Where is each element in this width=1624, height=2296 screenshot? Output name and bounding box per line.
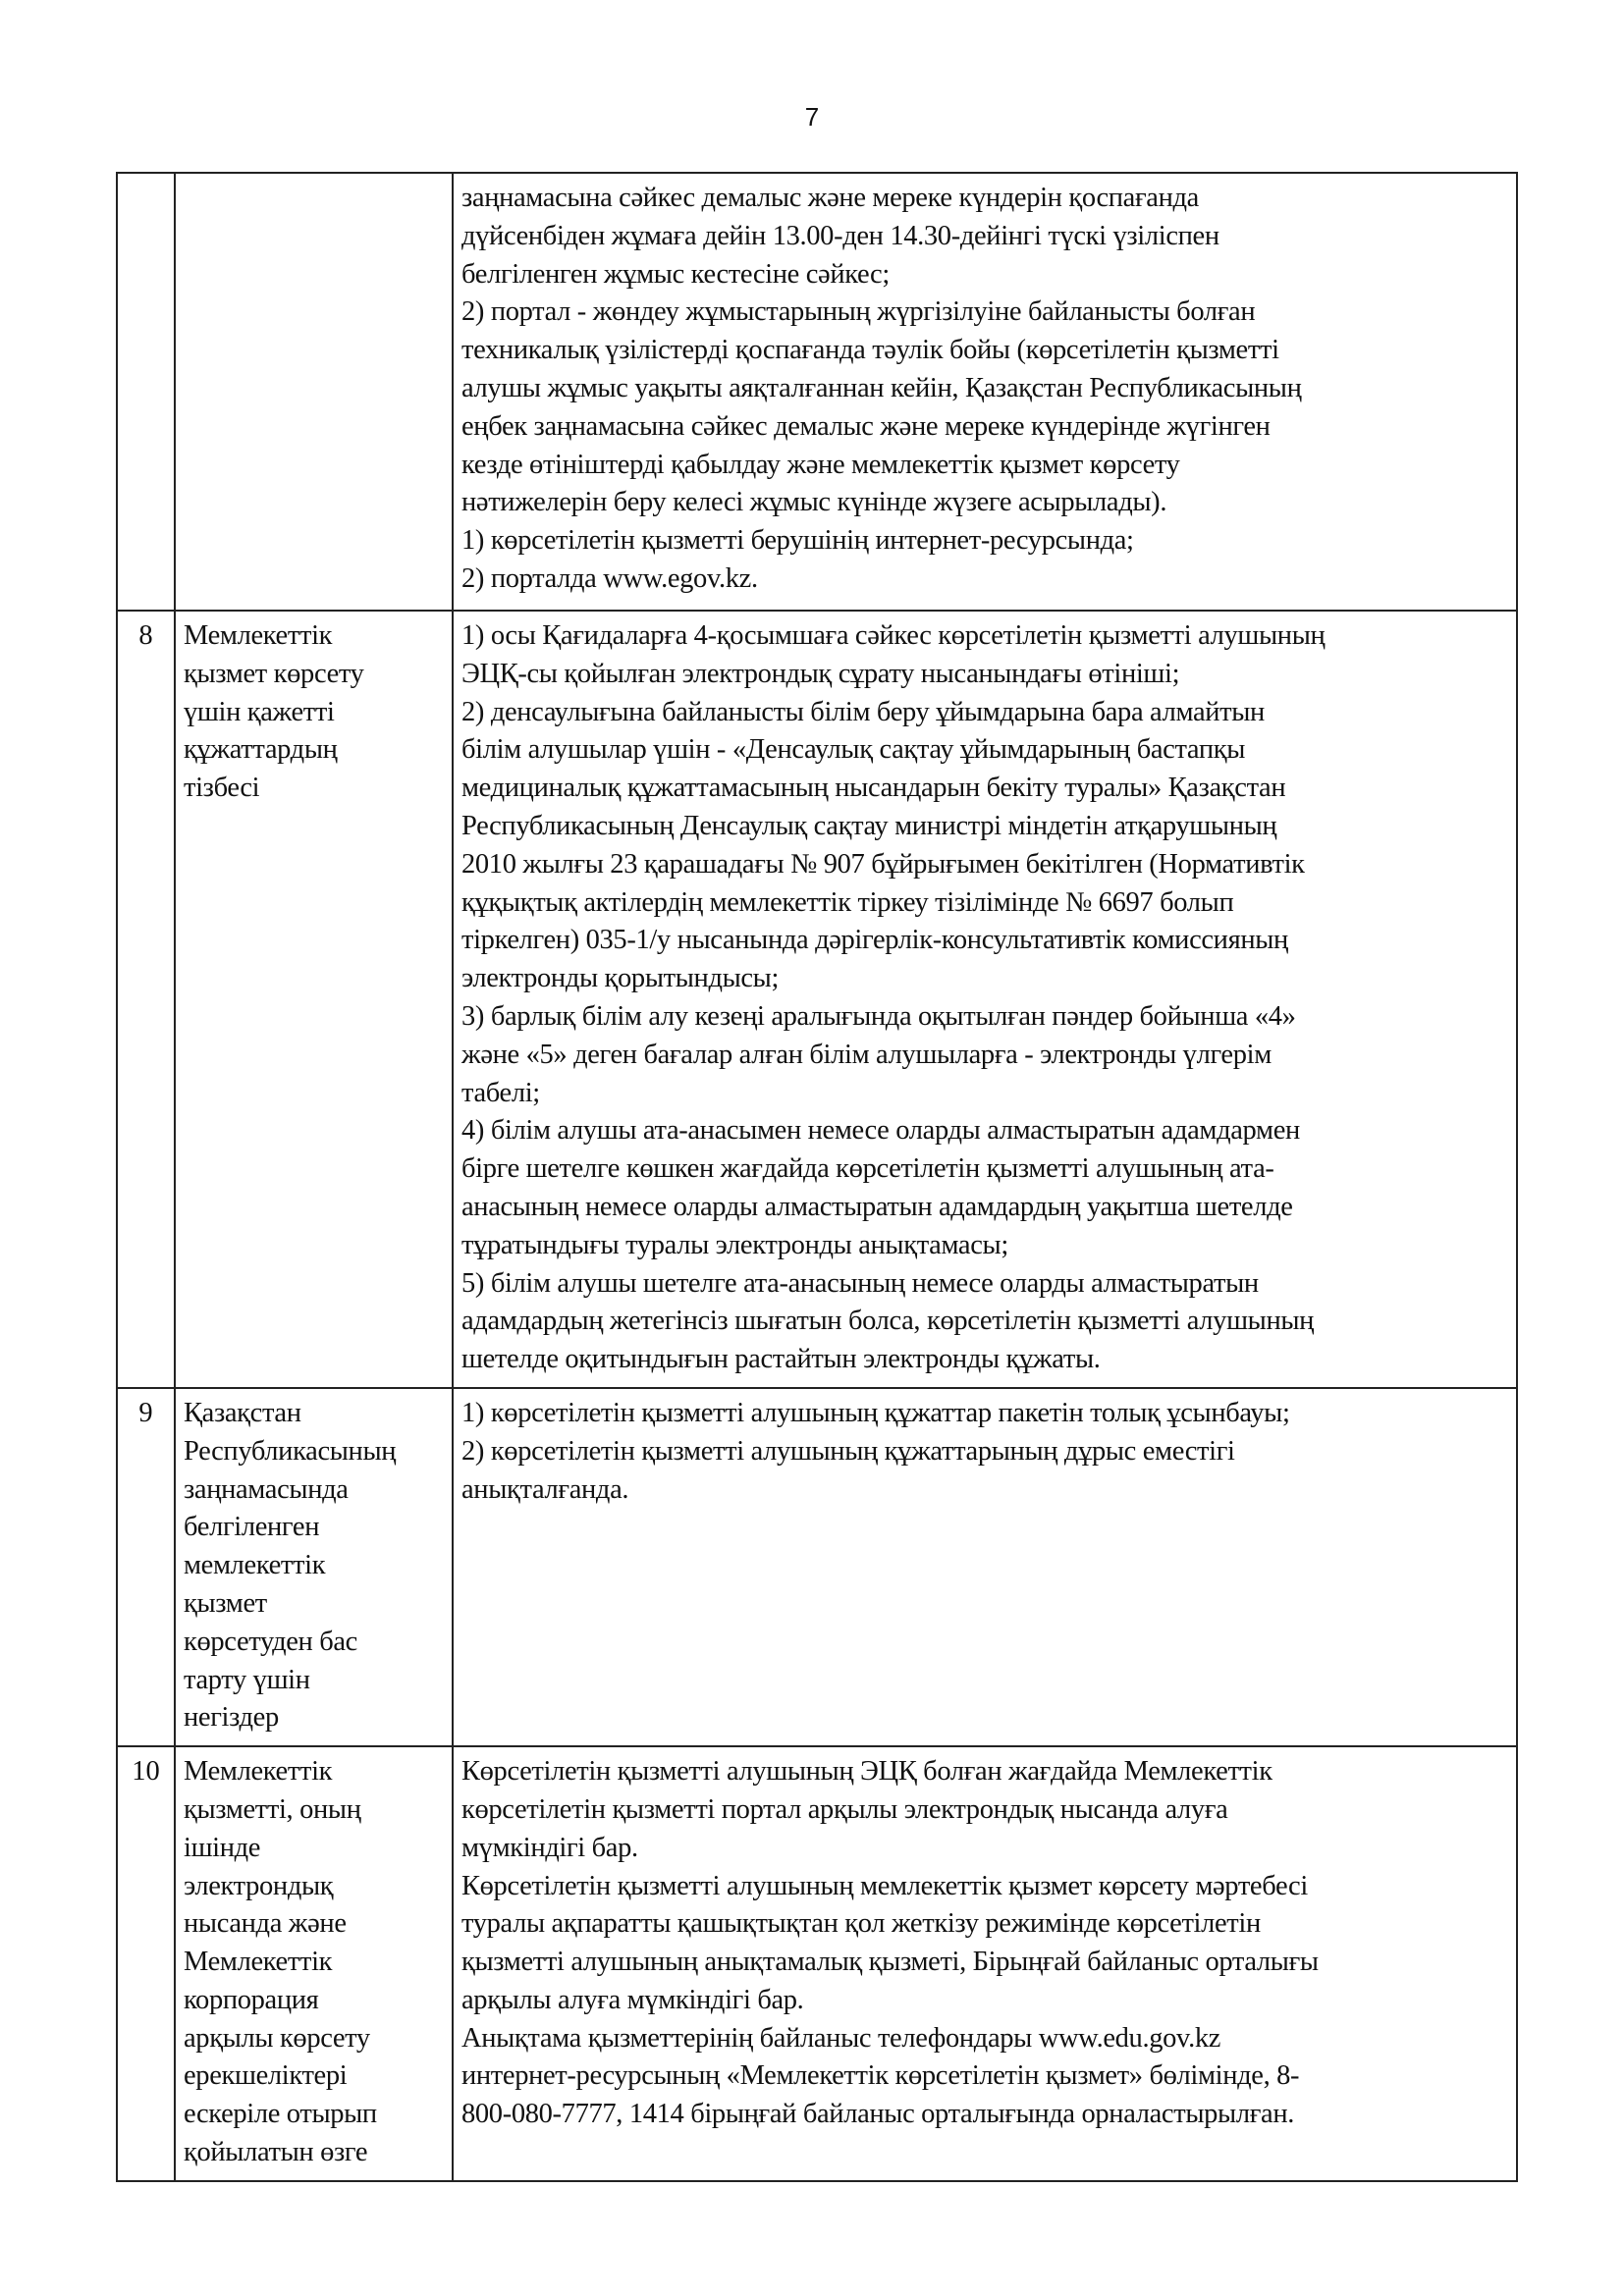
text-line: ерекшеліктері: [184, 2057, 444, 2096]
text-line: электрондық: [184, 1868, 444, 1906]
text-line: нысанда және: [184, 1905, 444, 1944]
text-line: 1) көрсетілетін қызметті берушінің интер…: [461, 522, 1508, 561]
table-row: заңнамасына сәйкес демалыс және мереке к…: [117, 173, 1517, 611]
text-line: қызмет: [184, 1585, 444, 1624]
text-line: қызметті алушының анықтамалық қызметі, Б…: [461, 1944, 1508, 1982]
text-line: 3) барлық білім алу кезеңі аралығында оқ…: [461, 998, 1508, 1037]
text-line: үшін қажетті: [184, 694, 444, 732]
text-line: Мемлекеттік: [184, 1753, 444, 1791]
row-content: заңнамасына сәйкес демалыс және мереке к…: [453, 173, 1517, 611]
text-line: қызмет көрсету: [184, 656, 444, 694]
text-line: корпорация: [184, 1982, 444, 2020]
table-row: 8 Мемлекеттікқызмет көрсетуүшін қажеттіқ…: [117, 611, 1517, 1388]
text-line: білім алушылар үшін - «Денсаулық сақтау …: [461, 731, 1508, 770]
text-line: медициналық құжаттамасының нысандарын бе…: [461, 770, 1508, 808]
text-line: бірге шетелге көшкен жағдайда көрсетілет…: [461, 1150, 1508, 1189]
text-line: тіркелген) 035-1/у нысанында дәрігерлік-…: [461, 922, 1508, 960]
text-line: анықталғанда.: [461, 1471, 1508, 1510]
row-title: ҚазақстанРеспубликасыныңзаңнамасындабелг…: [175, 1388, 453, 1746]
text-line: 1) осы Қағидаларға 4-қосымшаға сәйкес кө…: [461, 617, 1508, 656]
text-line: 1) көрсетілетін қызметті алушының құжатт…: [461, 1395, 1508, 1433]
text-line: Анықтама қызметтерінің байланыс телефонд…: [461, 2020, 1508, 2058]
text-line: 2010 жылғы 23 қарашадағы № 907 бұйрығыме…: [461, 846, 1508, 884]
text-line: кезде өтініштерді қабылдау және мемлекет…: [461, 447, 1508, 485]
text-line: Көрсетілетін қызметті алушының мемлекетт…: [461, 1868, 1508, 1906]
text-line: анасының немесе оларды алмастыратын адам…: [461, 1189, 1508, 1227]
text-line: электронды қорытындысы;: [461, 960, 1508, 998]
row-title: [175, 173, 453, 611]
text-line: 5) білім алушы шетелге ата-анасының неме…: [461, 1265, 1508, 1304]
row-title: Мемлекеттікқызмет көрсетуүшін қажеттіқұж…: [175, 611, 453, 1388]
text-line: 2) денсаулығына байланысты білім беру ұй…: [461, 694, 1508, 732]
text-line: адамдардың жетегінсіз шығатын болса, көр…: [461, 1303, 1508, 1341]
text-line: Республикасының: [184, 1433, 444, 1471]
row-content: 1) көрсетілетін қызметті алушының құжатт…: [453, 1388, 1517, 1746]
text-line: 2) көрсетілетін қызметті алушының құжатт…: [461, 1433, 1508, 1471]
table-row: 10 Мемлекеттікқызметті, оныңішіндеэлектр…: [117, 1746, 1517, 2181]
text-line: Мемлекеттік: [184, 1944, 444, 1982]
table-row: 9 ҚазақстанРеспубликасыныңзаңнамасындабе…: [117, 1388, 1517, 1746]
row-number: 8: [117, 611, 175, 1388]
text-line: дүйсенбіден жұмаға дейін 13.00-ден 14.30…: [461, 218, 1508, 256]
text-line: табелі;: [461, 1075, 1508, 1113]
text-line: қызметті, оның: [184, 1791, 444, 1830]
text-line: тізбесі: [184, 770, 444, 808]
text-line: 2) порталда www.egov.kz.: [461, 561, 1508, 599]
text-line: белгіленген: [184, 1509, 444, 1547]
text-line: көрсетуден бас: [184, 1624, 444, 1662]
text-line: арқылы алуға мүмкіндігі бар.: [461, 1982, 1508, 2020]
row-number: 10: [117, 1746, 175, 2181]
text-line: арқылы көрсету: [184, 2020, 444, 2058]
text-line: көрсетілетін қызметті портал арқылы элек…: [461, 1791, 1508, 1830]
text-line: ішінде: [184, 1830, 444, 1868]
text-line: 800-080-7777, 1414 бірыңғай байланыс орт…: [461, 2096, 1508, 2134]
text-line: 2) портал - жөндеу жұмыстарының жүргізіл…: [461, 294, 1508, 332]
text-line: белгіленген жұмыс кестесіне сәйкес;: [461, 256, 1508, 294]
text-line: және «5» деген бағалар алған білім алушы…: [461, 1037, 1508, 1075]
text-line: тарту үшін: [184, 1662, 444, 1700]
text-line: заңнамасына сәйкес демалыс және мереке к…: [461, 180, 1508, 218]
row-number: 9: [117, 1388, 175, 1746]
text-line: еңбек заңнамасына сәйкес демалыс және ме…: [461, 408, 1508, 447]
row-content: 1) осы Қағидаларға 4-қосымшаға сәйкес кө…: [453, 611, 1517, 1388]
text-line: шетелде оқитындығын растайтын электронды…: [461, 1341, 1508, 1379]
text-line: Көрсетілетін қызметті алушының ЭЦҚ болға…: [461, 1753, 1508, 1791]
text-line: қойылатын өзге: [184, 2134, 444, 2172]
text-line: мүмкіндігі бар.: [461, 1830, 1508, 1868]
row-title: Мемлекеттікқызметті, оныңішіндеэлектронд…: [175, 1746, 453, 2181]
text-line: техникалық үзілістерді қоспағанда тәулік…: [461, 332, 1508, 370]
text-line: Республикасының Денсаулық сақтау министр…: [461, 808, 1508, 846]
text-line: Қазақстан: [184, 1395, 444, 1433]
text-line: алушы жұмыс уақыты аяқталғаннан кейін, Қ…: [461, 370, 1508, 408]
service-standard-table: заңнамасына сәйкес демалыс және мереке к…: [116, 172, 1518, 2182]
text-line: ескеріле отырып: [184, 2096, 444, 2134]
text-line: Мемлекеттік: [184, 617, 444, 656]
text-line: нәтижелерін беру келесі жұмыс күнінде жү…: [461, 484, 1508, 522]
page-number: 7: [0, 102, 1624, 133]
text-line: негіздер: [184, 1699, 444, 1737]
text-line: ЭЦҚ-сы қойылған электрондық сұрату нысан…: [461, 656, 1508, 694]
text-line: 4) білім алушы ата-анасымен немесе олард…: [461, 1112, 1508, 1150]
text-line: заңнамасында: [184, 1471, 444, 1510]
text-line: интернет-ресурсының «Мемлекеттік көрсеті…: [461, 2057, 1508, 2096]
text-line: құқықтық актілердің мемлекеттік тіркеу т…: [461, 884, 1508, 923]
row-number: [117, 173, 175, 611]
text-line: мемлекеттік: [184, 1547, 444, 1585]
text-line: тұратындығы туралы электронды анықтамасы…: [461, 1227, 1508, 1265]
row-content: Көрсетілетін қызметті алушының ЭЦҚ болға…: [453, 1746, 1517, 2181]
text-line: туралы ақпаратты қашықтықтан қол жеткізу…: [461, 1905, 1508, 1944]
text-line: құжаттардың: [184, 731, 444, 770]
